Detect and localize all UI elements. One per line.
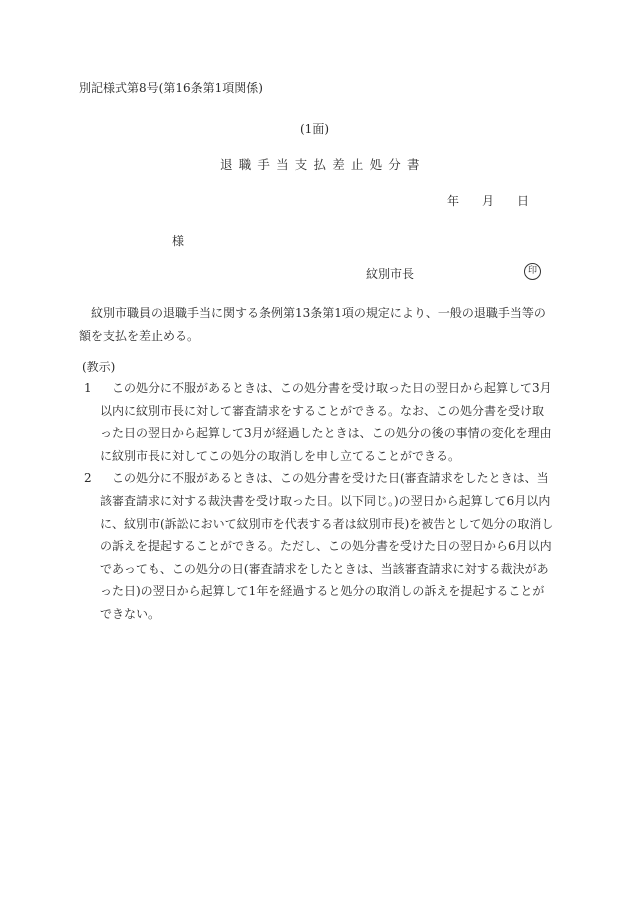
notice-item: 1 この処分に不服があるときは、この処分書を受け取った日の翌日から起算して3月以… <box>84 377 554 467</box>
notice-item-text: この処分に不服があるときは、この処分書を受けた日(審査請求をしたときは、当該審査… <box>88 467 554 625</box>
notice-heading: (教示) <box>82 358 115 375</box>
page-number: (1面) <box>300 120 329 137</box>
body-paragraph: 紋別市職員の退職手当に関する条例第13条第1項の規定により、一般の退職手当等の額… <box>79 302 555 348</box>
date-field: 年 月 日 <box>0 192 630 208</box>
date-month-label: 月 <box>482 192 494 209</box>
notice-item: 2 この処分に不服があるときは、この処分書を受けた日(審査請求をしたときは、当該… <box>84 467 554 625</box>
date-year-label: 年 <box>447 192 459 209</box>
addressee-suffix: 様 <box>172 232 184 249</box>
notice-item-number: 1 <box>84 377 92 400</box>
notice-item-number: 2 <box>84 467 92 490</box>
notice-item-text: この処分に不服があるときは、この処分書を受け取った日の翌日から起算して3月以内に… <box>88 377 554 467</box>
issuer-name: 紋別市長 <box>366 265 414 282</box>
date-day-label: 日 <box>517 192 529 209</box>
form-label: 別記様式第8号(第16条第1項関係) <box>79 79 263 96</box>
seal-icon: 印 <box>524 263 541 280</box>
notice-list: 1 この処分に不服があるときは、この処分書を受け取った日の翌日から起算して3月以… <box>84 377 554 626</box>
document-title: 退職手当支払差止処分書 <box>220 155 426 173</box>
